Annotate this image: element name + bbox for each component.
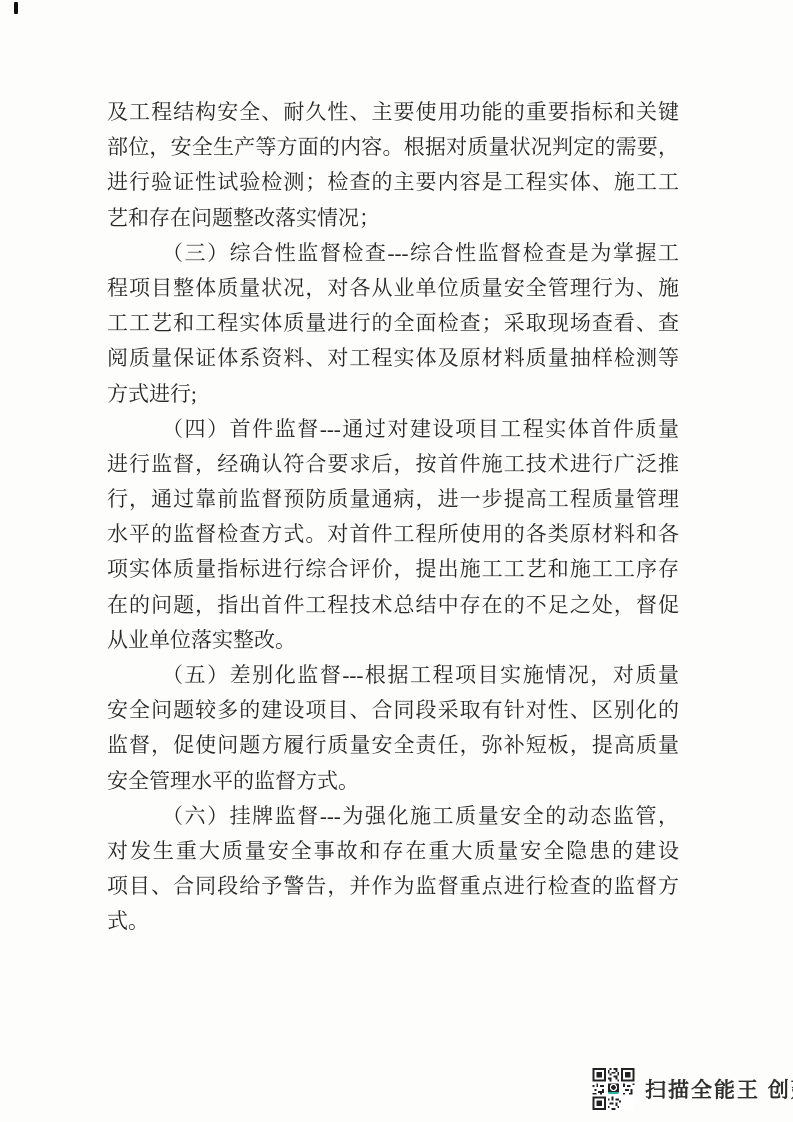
scanned-document-page: 及工程结构安全、耐久性、主要使用功能的重要指标和关键部位，安全生产等方面的内容。… <box>0 0 793 1122</box>
text-line: 水平的监督检查方式。对首件工程所使用的各类原材料和各 <box>107 517 679 552</box>
text-line: 进行监督，经确认符合要求后，按首件施工技术进行广泛推 <box>107 447 679 482</box>
text-line: 项实体质量指标进行综合评价，提出施工工艺和施工工序存 <box>107 552 679 587</box>
qr-code-icon <box>592 1068 635 1110</box>
document-text-block: 及工程结构安全、耐久性、主要使用功能的重要指标和关键部位，安全生产等方面的内容。… <box>107 95 679 940</box>
text-line: （五）差别化监督---根据工程项目实施情况，对质量 <box>107 658 679 693</box>
text-line: 及工程结构安全、耐久性、主要使用功能的重要指标和关键 <box>107 95 679 130</box>
scan-artifact-mark <box>14 2 18 14</box>
text-line: 项目、合同段给予警告，并作为监督重点进行检查的监督方 <box>107 869 679 904</box>
text-line: 阅质量保证体系资料、对工程实体及原材料质量抽样检测等 <box>107 341 679 376</box>
watermark-footer: 扫描全能王 创建 <box>592 1067 793 1111</box>
text-line: 艺和存在问题整改落实情况； <box>107 201 679 236</box>
watermark-label: 扫描全能王 创建 <box>645 1074 793 1104</box>
text-line: （六）挂牌监督---为强化施工质量安全的动态监管， <box>107 799 679 834</box>
text-line: （四）首件监督---通过对建设项目工程实体首件质量 <box>107 412 679 447</box>
text-line: 安全问题较多的建设项目、合同段采取有针对性、区别化的 <box>107 693 679 728</box>
text-line: 安全管理水平的监督方式。 <box>107 764 679 799</box>
text-line: 工工艺和工程实体质量进行的全面检查；采取现场查看、查 <box>107 306 679 341</box>
text-line: 在的问题，指出首件工程技术总结中存在的不足之处，督促 <box>107 588 679 623</box>
text-line: 进行验证性试验检测；检查的主要内容是工程实体、施工工 <box>107 165 679 200</box>
text-line: 式。 <box>107 904 679 939</box>
text-line: （三）综合性监督检查---综合性监督检查是为掌握工 <box>107 236 679 271</box>
text-line: 对发生重大质量安全事故和存在重大质量安全隐患的建设 <box>107 834 679 869</box>
text-line: 行，通过靠前监督预防质量通病，进一步提高工程质量管理 <box>107 482 679 517</box>
text-line: 部位，安全生产等方面的内容。根据对质量状况判定的需要， <box>107 130 679 165</box>
text-line: 程项目整体质量状况，对各从业单位质量安全管理行为、施 <box>107 271 679 306</box>
text-line: 监督，促使问题方履行质量安全责任，弥补短板，提高质量 <box>107 728 679 763</box>
text-line: 从业单位落实整改。 <box>107 623 679 658</box>
text-line: 方式进行; <box>107 377 679 412</box>
